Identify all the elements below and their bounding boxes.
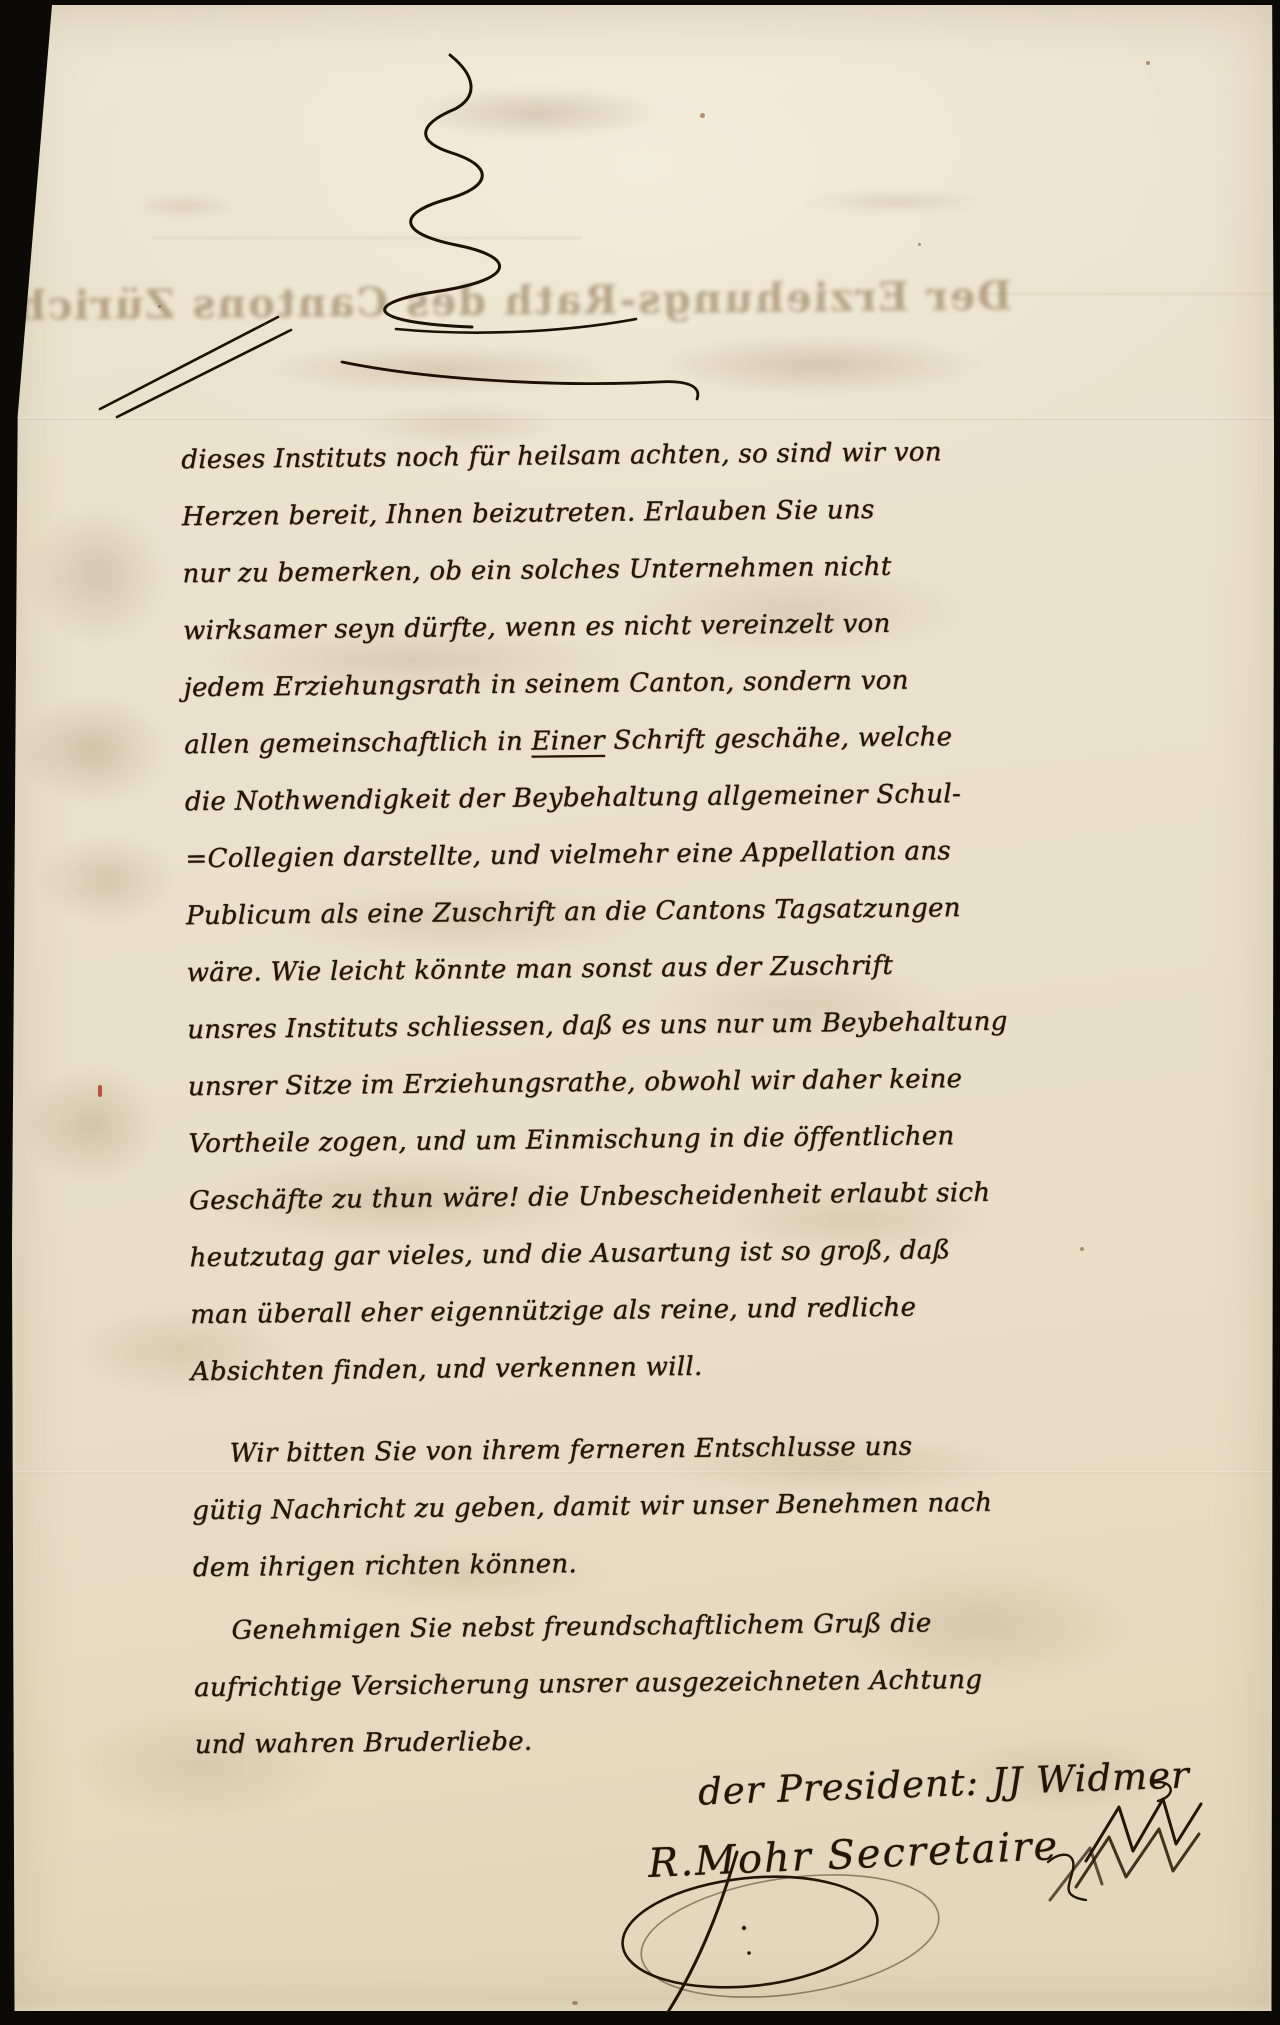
showthrough-smudge [262,345,622,393]
handwritten-line: dem ihrigen richten können. [193,1532,996,1597]
foxing-speck [1146,61,1150,65]
handwritten-line: Herzen bereit, Ihnen beizutreten. Erlaub… [182,481,985,546]
showthrough-smudge [27,505,167,645]
fold-crease [12,417,1274,420]
handwritten-line: wirksamer seyn dürfte, wenn es nicht ver… [183,595,986,660]
handwritten-line: wäre. Wie leicht könnte man sonst aus de… [186,937,989,1002]
scan-frame: Der Erziehungs-Rath des Cantons Zürich [0,0,1280,2025]
showthrough-smudge [22,1065,162,1185]
handwritten-line: unsres Instituts schliessen, daß es uns … [187,994,990,1059]
handwritten-line: allen gemeinschaftlich in Einer Schrift … [184,709,987,774]
paragraph: Genehmigen Sie nebst freundschaftlichem … [193,1595,997,1774]
letter-body: dieses Instituts noch für heilsam achten… [181,424,997,1774]
red-ink-speck [98,1085,102,1097]
handwritten-line: Wir bitten Sie von ihrem ferneren Entsch… [191,1418,994,1483]
paragraph: dieses Instituts noch für heilsam achten… [181,424,993,1401]
handwritten-line: Absichten finden, und verkennen will. [191,1336,994,1401]
handwritten-line: gütig Nachricht zu geben, damit wir unse… [192,1475,995,1540]
handwritten-line: nur zu bemerken, ob ein solches Unterneh… [182,538,985,603]
handwritten-line: =Collegien darstellte, und vielmehr eine… [185,823,988,888]
showthrough-smudge [17,695,167,805]
handwritten-line: unsrer Sitze im Erziehungsrathe, obwohl … [188,1051,991,1116]
handwritten-line: die Nothwendigkeit der Beybehaltung allg… [185,766,988,831]
underlined-word: Einer [531,726,605,757]
showthrough-rule [152,237,582,239]
handwritten-line: Vortheile zogen, und um Einmischung in d… [188,1108,991,1173]
foxing-speck [918,243,921,246]
handwritten-line: Publicum als eine Zuschrift an die Canto… [186,880,989,945]
paragraph: Wir bitten Sie von ihrem ferneren Entsch… [191,1418,995,1597]
showthrough-smudge [802,191,992,213]
foxing-speck [700,113,705,118]
handwritten-line: man überall eher eigennützige als reine,… [190,1279,993,1344]
handwritten-line: jedem Erziehungsrath in seinem Canton, s… [183,652,986,717]
showthrough-smudge [130,195,240,217]
foxing-speck [158,305,161,308]
handwritten-line: dieses Instituts noch für heilsam achten… [181,424,984,489]
handwritten-line: Geschäfte zu thun wäre! die Unbescheiden… [189,1165,992,1230]
foxing-speck [1080,1247,1084,1251]
verso-showthrough-heading: Der Erziehungs-Rath des Cantons Zürich [132,272,1012,328]
showthrough-smudge [652,335,982,395]
showthrough-smudge [412,87,662,139]
handwritten-line: heutzutag gar vieles, und die Ausartung … [189,1222,992,1287]
handwritten-line: Genehmigen Sie nebst freundschaftlichem … [193,1595,996,1660]
showthrough-smudge [37,835,177,925]
foxing-speck [572,2001,578,2005]
showthrough-rule [987,293,1277,295]
handwritten-line: aufrichtige Versicherung unsrer ausgezei… [194,1652,997,1717]
